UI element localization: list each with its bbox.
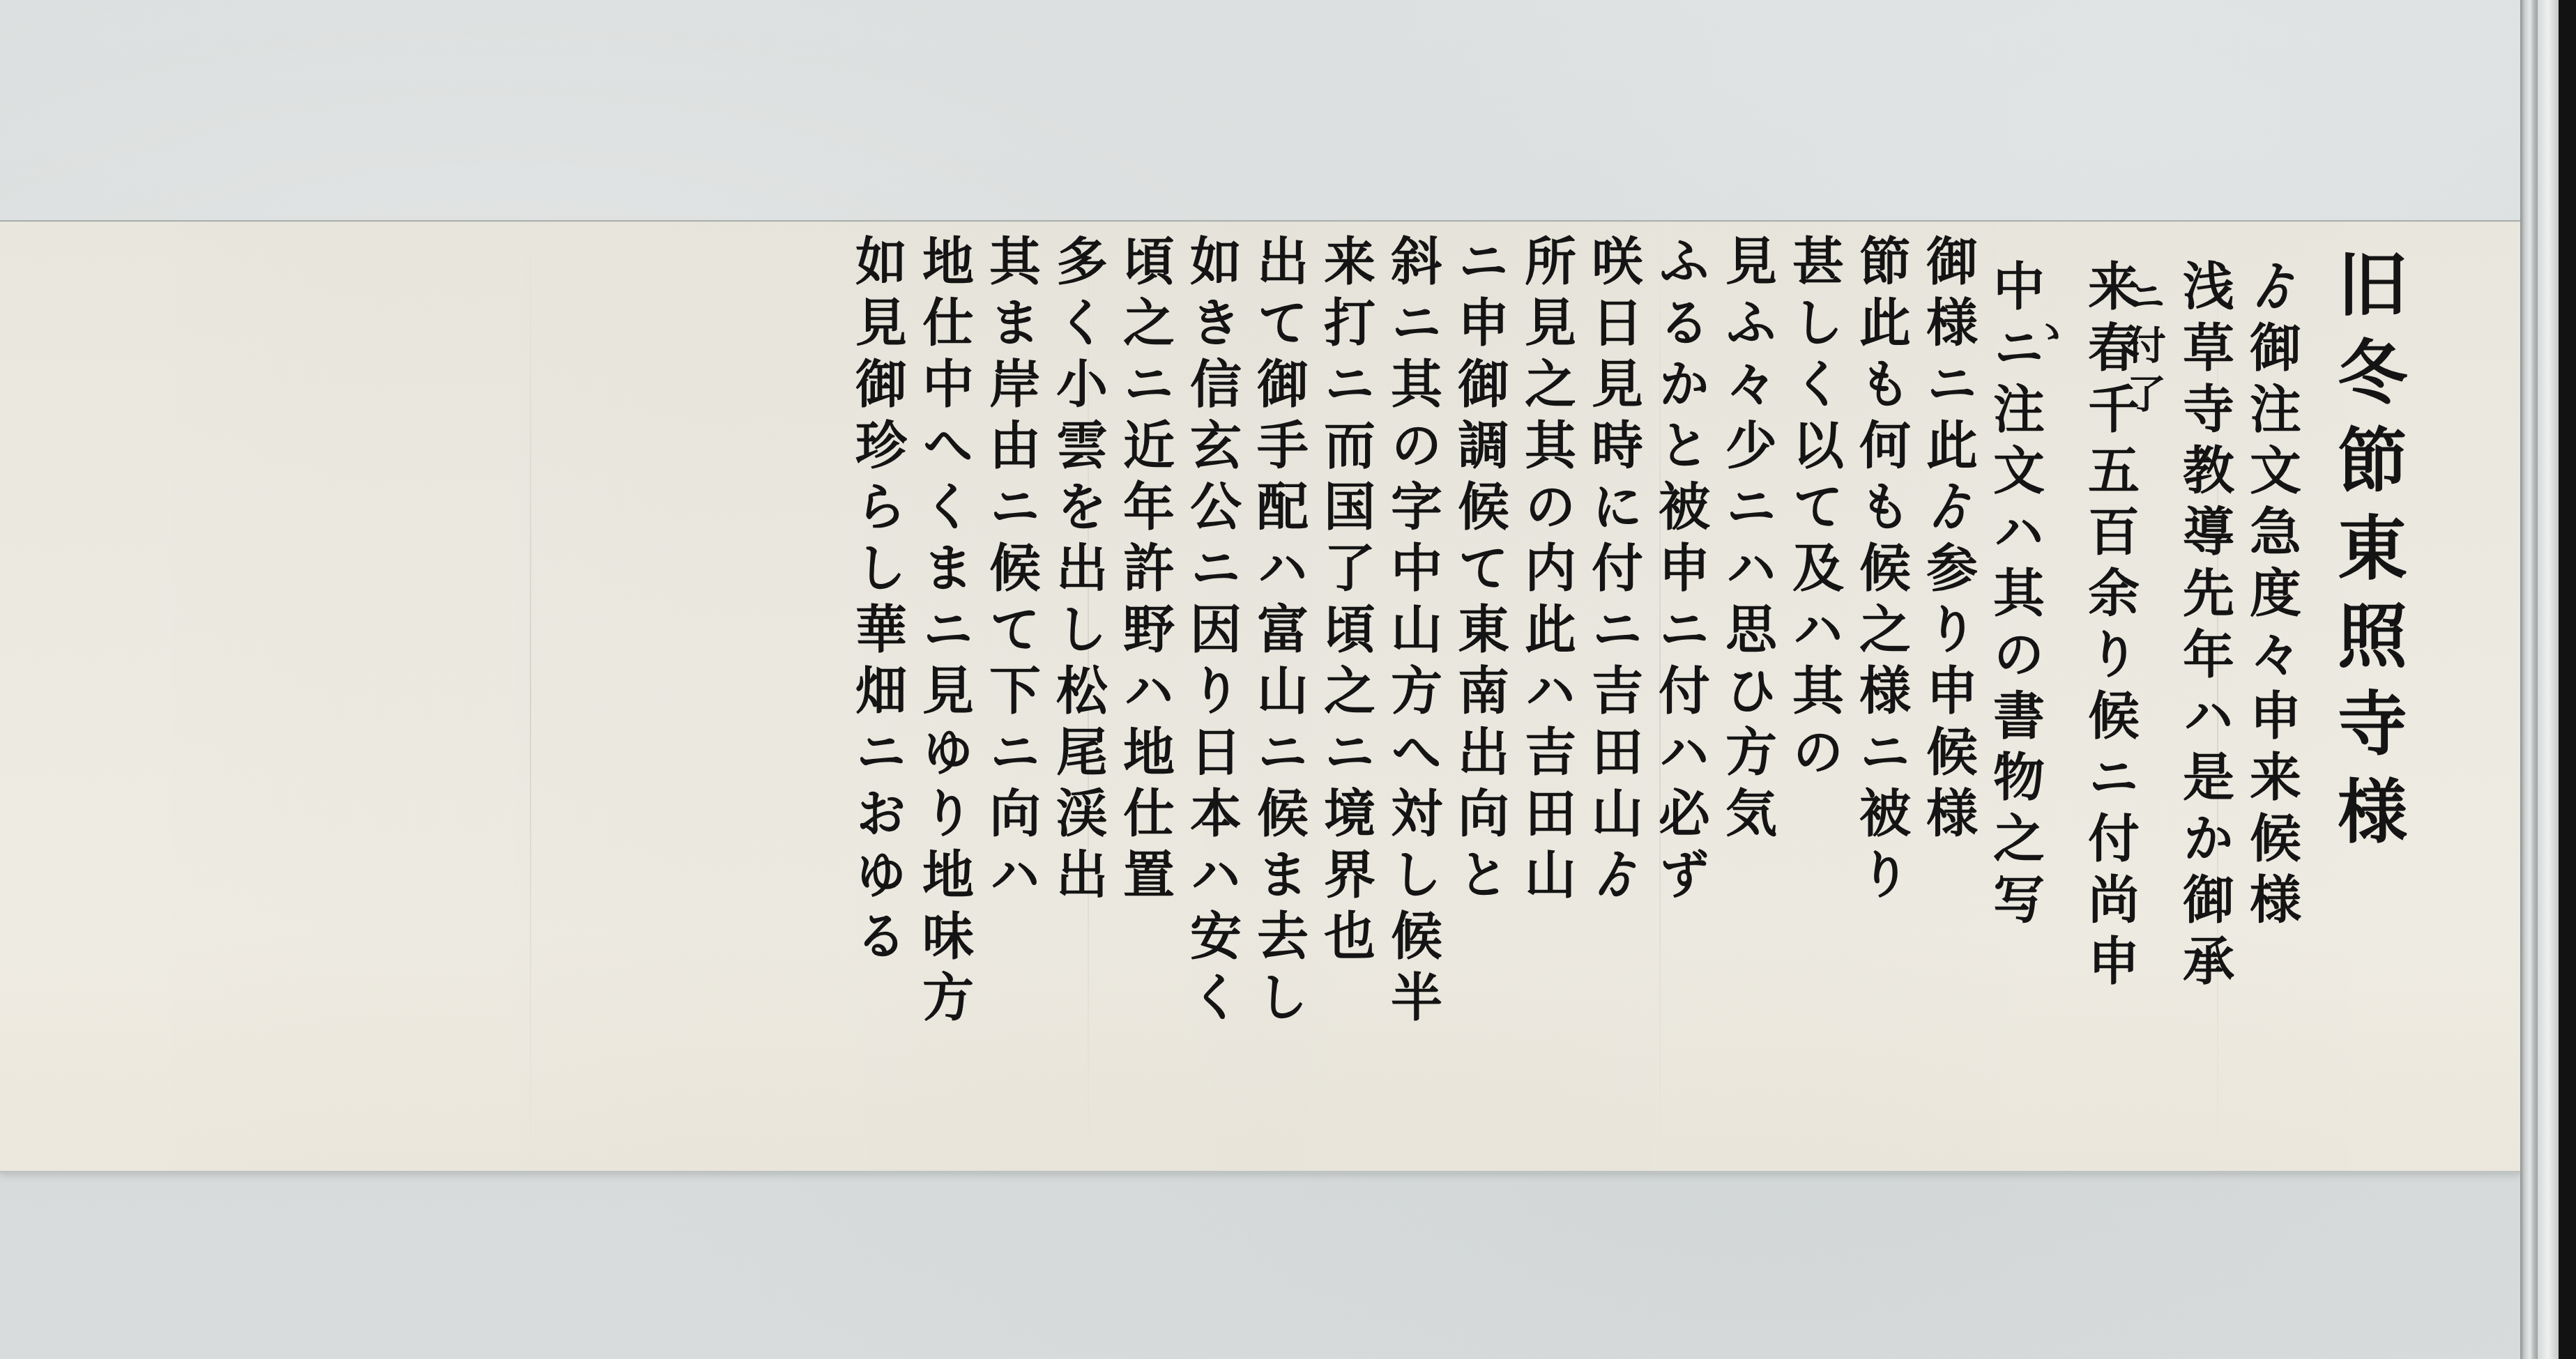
text-column: ニ申御調候て東南出向と bbox=[1438, 234, 1505, 1154]
text-column: 如き信玄公ニ因り日本ハ安く bbox=[1171, 234, 1237, 1154]
frame-inner-edge bbox=[2538, 0, 2559, 1359]
paper-fold-line bbox=[530, 222, 531, 1171]
letter-paper: 旧冬節東照寺様 ゟ御注文急度々申来候様 浅草寺教導先年ハ是か御承 ニ付了 来春千… bbox=[0, 222, 2520, 1171]
text-column: 中ニ注文ハ其の書物之写 bbox=[1974, 234, 2041, 1154]
frame-border bbox=[2559, 0, 2576, 1359]
text-column: 斜ニ其の字中山方へ対し候半 bbox=[1371, 234, 1438, 1154]
text-column: 甚しく以て及ハ其の bbox=[1773, 234, 1840, 1154]
letter-heading-column: 旧冬節東照寺様 bbox=[2297, 234, 2402, 1154]
text-column: 御様ニ此ゟ参り申候様 bbox=[1907, 234, 1974, 1154]
text-column: 浅草寺教導先年ハ是か御承 bbox=[2163, 234, 2230, 1154]
text-column: ゟ御注文急度々申来候様 bbox=[2230, 234, 2297, 1154]
text-column: 節此も何も候之様ニ被り bbox=[1840, 234, 1907, 1154]
frame-glass-edge bbox=[2520, 0, 2538, 1359]
text-column: 如見御珍らし華畑ニおゆる bbox=[836, 234, 903, 1154]
text-column: 地仕中へくまニ見ゆり地味方 bbox=[903, 234, 970, 1154]
text-column: ニ付了 bbox=[2135, 234, 2163, 1154]
text-columns: 旧冬節東照寺様 ゟ御注文急度々申来候様 浅草寺教導先年ハ是か御承 ニ付了 来春千… bbox=[836, 234, 2402, 1154]
text-column: ふるかと被申ニ付ハ必ず bbox=[1639, 234, 1706, 1154]
text-column: 出て御手配ハ富山ニ候ま去し bbox=[1237, 234, 1304, 1154]
text-column: 所見之其の内此ハ吉田山 bbox=[1505, 234, 1572, 1154]
text-column: ゝ bbox=[2041, 234, 2068, 1154]
text-column: 来打ニ而国了頃之ニ境界也 bbox=[1304, 234, 1371, 1154]
text-column: 多く小雲を出し松尾渓出 bbox=[1037, 234, 1104, 1154]
text-column: 見ふ々少ニハ思ひ方気 bbox=[1706, 234, 1773, 1154]
text-column: 頃之ニ近年許野ハ地仕置 bbox=[1104, 234, 1171, 1154]
text-column: 咲日見時に付ニ吉田山ゟ bbox=[1572, 234, 1639, 1154]
text-column: 其ま岸由ニ候て下ニ向ハ bbox=[970, 234, 1037, 1154]
